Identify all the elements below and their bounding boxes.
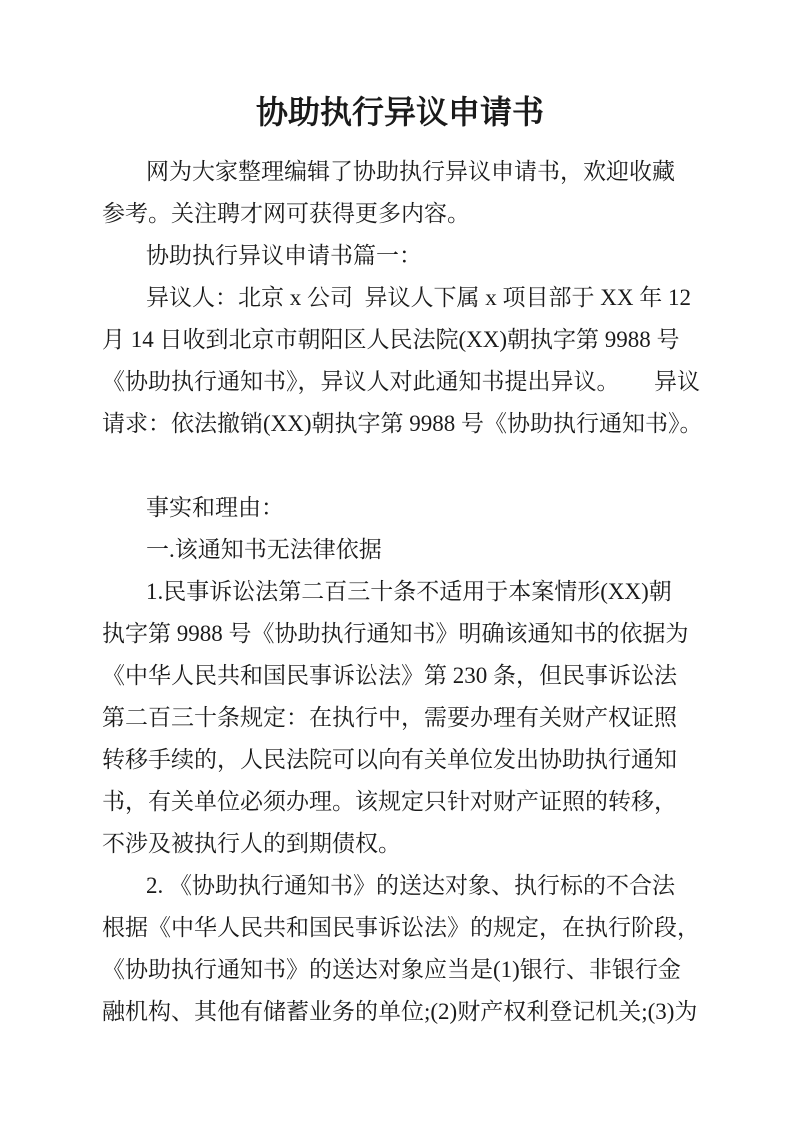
text-line: 网为大家整理编辑了协助执行异议申请书，欢迎收藏 — [102, 151, 707, 193]
document-page: 协助执行异议申请书 网为大家整理编辑了协助执行异议申请书，欢迎收藏 参考。关注聘… — [0, 0, 800, 1132]
text-line: 书，有关单位必须办理。该规定只针对财产证照的转移， — [102, 781, 707, 823]
text-line: 一.该通知书无法律依据 — [102, 529, 707, 571]
text-line: 请求：依法撤销(XX)朝执字第 9988 号《协助执行通知书》。 — [102, 403, 707, 445]
document-title: 协助执行异议申请书 — [0, 90, 800, 134]
text-line: 第二百三十条规定：在执行中，需要办理有关财产权证照 — [102, 697, 707, 739]
blank-line — [102, 445, 707, 487]
text-line: 1.民事诉讼法第二百三十条不适用于本案情形(XX)朝 — [102, 571, 707, 613]
text-line: 协助执行异议申请书篇一： — [102, 235, 707, 277]
text-line: 月 14 日收到北京市朝阳区人民法院(XX)朝执字第 9988 号 — [102, 319, 707, 361]
text-line: 不涉及被执行人的到期债权。 — [102, 823, 707, 865]
text-line: 转移手续的，人民法院可以向有关单位发出协助执行通知 — [102, 739, 707, 781]
text-line: 《协助执行通知书》的送达对象应当是(1)银行、非银行金 — [102, 949, 707, 991]
text-line: 根据《中华人民共和国民事诉讼法》的规定，在执行阶段， — [102, 907, 707, 949]
text-line: 2. 《协助执行通知书》的送达对象、执行标的不合法 — [102, 865, 707, 907]
text-line: 《协助执行通知书》，异议人对此通知书提出异议。 异议 — [102, 361, 707, 403]
text-line: 事实和理由： — [102, 487, 707, 529]
text-line: 异议人：北京 x 公司 异议人下属 x 项目部于 XX 年 12 — [102, 277, 707, 319]
text-line: 参考。关注聘才网可获得更多内容。 — [102, 193, 707, 235]
text-line: 执字第 9988 号《协助执行通知书》明确该通知书的依据为 — [102, 613, 707, 655]
text-line: 融机构、其他有储蓄业务的单位;(2)财产权利登记机关;(3)为 — [102, 991, 707, 1033]
text-line: 《中华人民共和国民事诉讼法》第 230 条，但民事诉讼法 — [102, 655, 707, 697]
document-body: 网为大家整理编辑了协助执行异议申请书，欢迎收藏 参考。关注聘才网可获得更多内容。… — [102, 151, 707, 1033]
